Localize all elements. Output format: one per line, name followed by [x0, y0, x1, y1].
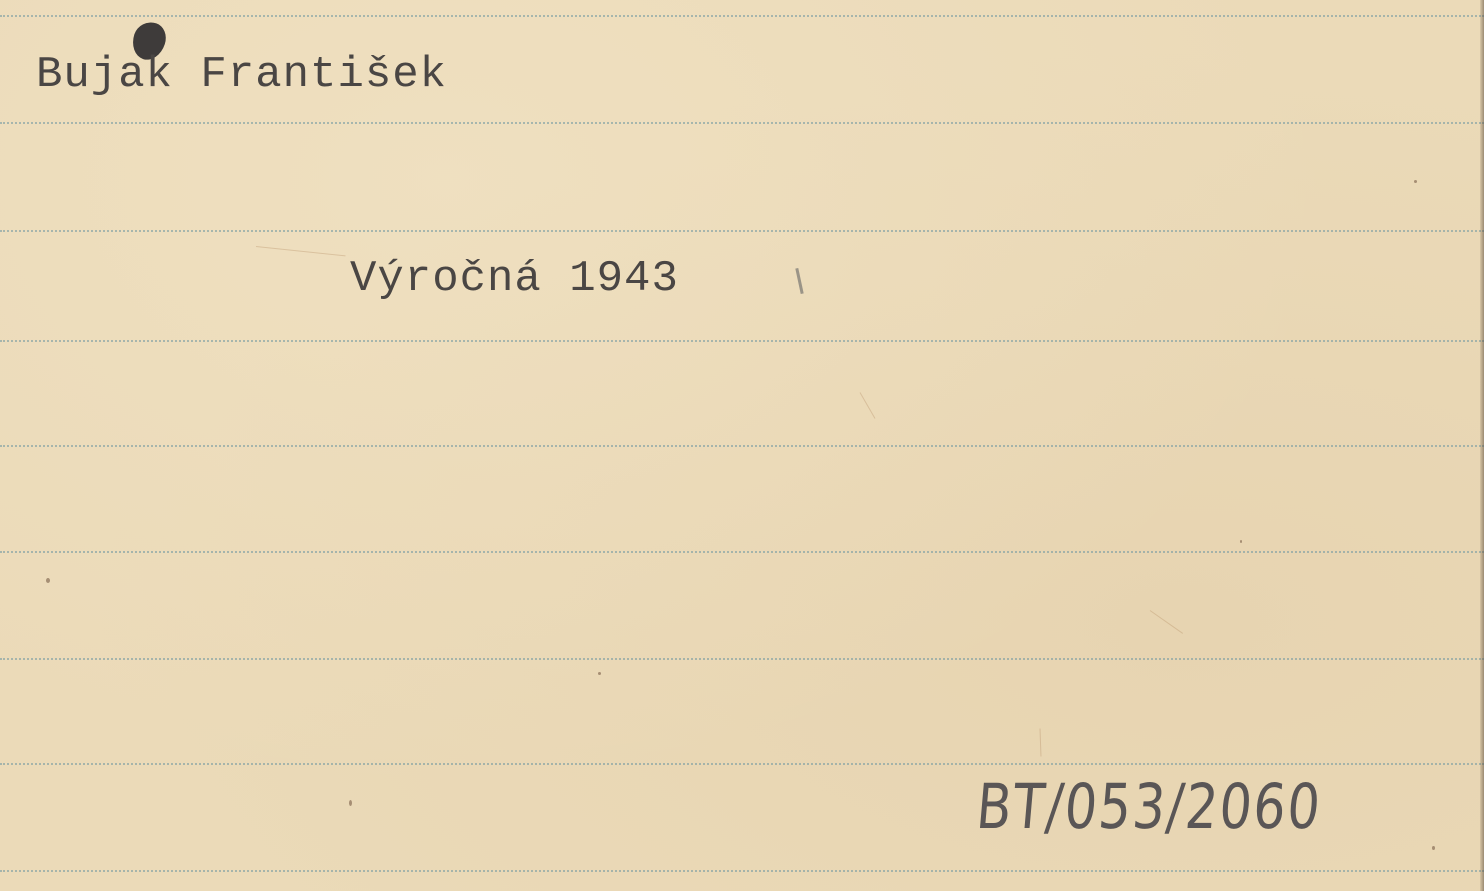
record-title: Výročná 1943 — [350, 254, 679, 304]
paper-fleck — [349, 800, 352, 806]
ruled-line — [0, 122, 1484, 124]
ruled-line — [0, 230, 1484, 232]
paper-fiber — [1150, 610, 1183, 634]
paper-fleck — [46, 578, 50, 583]
ruled-line — [0, 551, 1484, 553]
paper-fleck — [1240, 540, 1242, 543]
stray-mark — [795, 268, 803, 294]
paper-fiber — [1040, 728, 1042, 756]
ruled-line — [0, 15, 1484, 17]
ruled-line — [0, 340, 1484, 342]
paper-fleck — [1414, 180, 1417, 183]
paper-fiber — [860, 392, 876, 418]
ruled-line — [0, 658, 1484, 660]
paper-fleck — [598, 672, 601, 675]
ruled-line — [0, 445, 1484, 447]
paper-fleck — [1432, 846, 1435, 850]
index-card: Bujak František Výročná 1943 BT/053/2060 — [0, 0, 1484, 891]
ruled-line — [0, 870, 1484, 872]
reference-number: BT/053/2060 — [974, 770, 1325, 843]
person-name: Bujak František — [36, 50, 447, 100]
ruled-line — [0, 763, 1484, 765]
paper-fiber — [256, 246, 346, 256]
